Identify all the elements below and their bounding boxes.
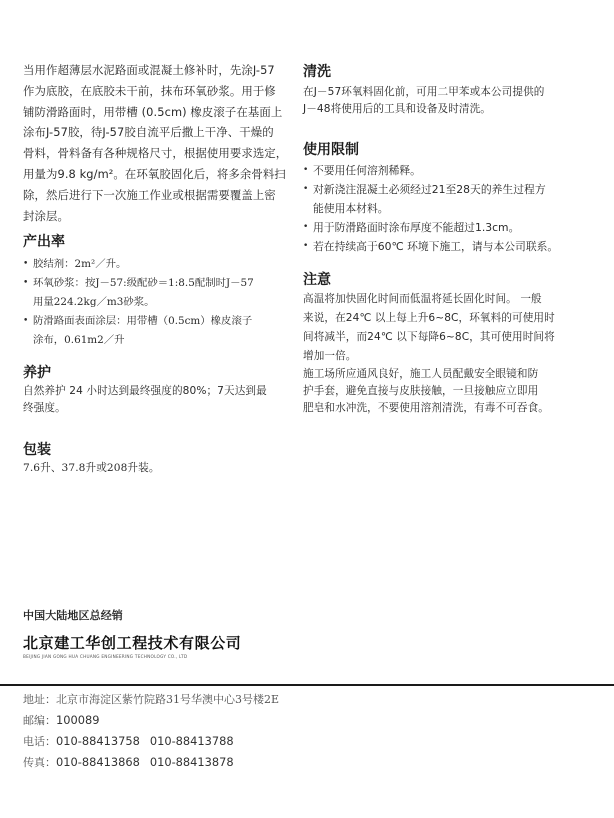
contact-block: 地址：北京市海淀区紫竹院路31号华澳中心3号楼2E 邮编：100089 电话：0… <box>23 689 279 773</box>
yield-list: 胶结剂：2m²／升。 环氧砂浆：按J－57:级配砂＝1:8.5配制时J－57用量… <box>23 255 293 350</box>
distributor-block: 中国大陆地区总经销 北京建工华创工程技术有限公司 BEIJING JIAN GO… <box>23 605 241 659</box>
divider <box>0 684 614 686</box>
intro-line: 涂布J-57胶，待J-57胶自流平后撒上干净、干燥的 <box>23 122 293 143</box>
address-row: 地址：北京市海淀区紫竹院路31号华澳中心3号楼2E <box>23 689 279 710</box>
intro-paragraph: 当用作超薄层水泥路面或混凝土修补时，先涂J-57 作为底胶，在底胶未干前，抹布环… <box>23 60 293 226</box>
intro-line: 骨料，骨料备有各种规格尺寸，根据使用要求选定， <box>23 143 293 164</box>
curing-line: 终强度。 <box>23 400 293 417</box>
intro-line: 铺防滑路面时，用带槽 (0.5cm) 橡皮滚子在基面上 <box>23 102 293 123</box>
fax-value: 010-88413868 <box>56 755 140 769</box>
notice-section: 注意 高温将加快固化时间而低温将延长固化时间。 一般 来说，在24℃ 以上每上升… <box>303 270 599 417</box>
company-name: 北京建工华创工程技术有限公司 <box>23 632 241 653</box>
zip-label: 邮编： <box>23 714 56 727</box>
yield-section: 产出率 胶结剂：2m²／升。 环氧砂浆：按J－57:级配砂＝1:8.5配制时J－… <box>23 232 293 350</box>
list-item: 环氧砂浆：按J－57:级配砂＝1:8.5配制时J－57用量224.2kg／m3砂… <box>23 274 293 312</box>
limits-section: 使用限制 不要用任何溶剂稀释。 对新浇注混凝土必须经过21至28天的养生过程方能… <box>303 140 599 256</box>
notice-line: 护手套，避免直接与皮肤接触，一旦接触应立即用 <box>303 383 599 400</box>
notice-line: 高温将加快固化时间而低温将延长固化时间。 一般 <box>303 290 599 309</box>
packaging-line: 7.6升、37.8升或208升装。 <box>23 460 293 477</box>
phone-row: 电话：010-88413758010-88413788 <box>23 731 279 752</box>
address-value: 北京市海淀区紫竹院路31号华澳中心3号楼2E <box>56 693 279 706</box>
notice-line: 施工场所应通风良好，施工人员配戴安全眼镜和防 <box>303 366 599 383</box>
list-item: 用于防滑路面时涂布厚度不能超过1.3cm。 <box>303 218 599 237</box>
fax-value: 010-88413878 <box>150 755 234 769</box>
list-item: 不要用任何溶剂稀释。 <box>303 161 599 180</box>
intro-line: 除，然后进行下一次施工作业或根据需要覆盖上密 <box>23 185 293 206</box>
cleaning-line: J－48将使用后的工具和设备及时清洗。 <box>303 101 599 118</box>
list-item: 胶结剂：2m²／升。 <box>23 255 293 274</box>
company-name-english: BEIJING JIAN GONG HUA CHUANG ENGINEERING… <box>23 654 241 659</box>
intro-line: 当用作超薄层水泥路面或混凝土修补时，先涂J-57 <box>23 60 293 81</box>
intro-line: 封涂层。 <box>23 206 293 227</box>
phone-value: 010-88413758 <box>56 734 140 748</box>
notice-line: 间将减半，而24℃ 以下每降6~8C，其可使用时间将 <box>303 328 599 347</box>
curing-heading: 养护 <box>23 363 293 383</box>
list-item: 防滑路面表面涂层：用带槽（0.5cm）橡皮滚子涂布，0.61m2／升 <box>23 312 293 350</box>
zip-row: 邮编：100089 <box>23 710 279 731</box>
curing-line: 自然养护 24 小时达到最终强度的80%；7天达到最 <box>23 383 293 400</box>
cleaning-section: 清洗 在J－57环氧料固化前，可用二甲苯或本公司提供的 J－48将使用后的工具和… <box>303 62 599 118</box>
list-item: 若在持续高于60℃ 环境下施工，请与本公司联系。 <box>303 237 599 256</box>
list-item: 对新浇注混凝土必须经过21至28天的养生过程方能使用本材料。 <box>303 180 599 218</box>
limits-heading: 使用限制 <box>303 140 599 160</box>
notice-line: 增加一倍。 <box>303 347 599 366</box>
phone-label: 电话： <box>23 735 56 748</box>
phone-value: 010-88413788 <box>150 734 234 748</box>
intro-line: 作为底胶，在底胶未干前，抹布环氧砂浆。用于修 <box>23 81 293 102</box>
packaging-heading: 包装 <box>23 440 293 460</box>
distributor-label: 中国大陆地区总经销 <box>23 605 241 626</box>
intro-line: 用量为9.8 kg/m²。在环氧胶固化后，将多余骨料扫 <box>23 164 293 185</box>
notice-line: 肥皂和水冲洗，不要使用溶剂清洗，有毒不可吞食。 <box>303 400 599 417</box>
limits-list: 不要用任何溶剂稀释。 对新浇注混凝土必须经过21至28天的养生过程方能使用本材料… <box>303 161 599 256</box>
zip-value: 100089 <box>56 713 99 727</box>
packaging-section: 包装 7.6升、37.8升或208升装。 <box>23 440 293 477</box>
fax-row: 传真：010-88413868010-88413878 <box>23 752 279 773</box>
address-label: 地址： <box>23 693 56 706</box>
notice-heading: 注意 <box>303 270 599 290</box>
curing-section: 养护 自然养护 24 小时达到最终强度的80%；7天达到最 终强度。 <box>23 363 293 417</box>
fax-label: 传真： <box>23 756 56 769</box>
cleaning-line: 在J－57环氧料固化前，可用二甲苯或本公司提供的 <box>303 84 599 101</box>
notice-line: 来说，在24℃ 以上每上升6~8C，环氧料的可使用时 <box>303 309 599 328</box>
cleaning-heading: 清洗 <box>303 62 599 82</box>
yield-heading: 产出率 <box>23 232 293 252</box>
